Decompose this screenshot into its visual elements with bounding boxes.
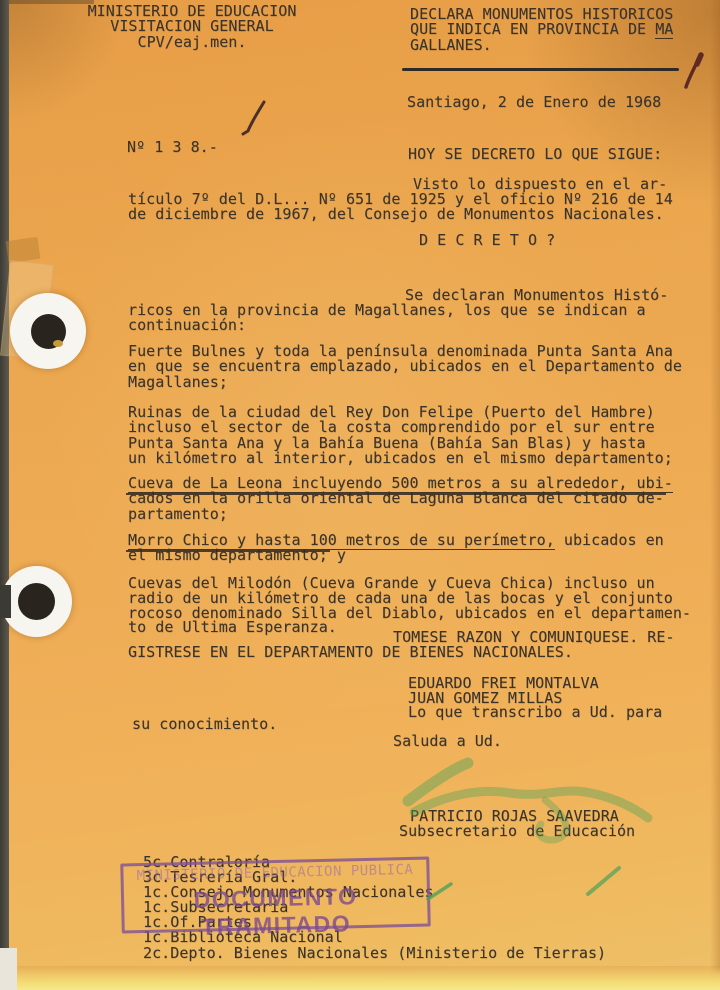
scanned-decree-page: MINISTERIO DE EDUCACION VISITACION GENER… <box>0 0 720 990</box>
cueva-line2-overstruck: cados en la orilla oriental de Laguna Bl… <box>128 489 664 507</box>
paragraph-fuerte-bulnes: Fuerte Bulnes y toda la península denomi… <box>128 344 682 390</box>
announce-line: HOY SE DECRETO LO QUE SIGUE: <box>408 147 662 162</box>
decree-number: Nº 1 3 8.- <box>127 140 218 155</box>
declara-paragraph: ricos en la provincia de Magallanes, los… <box>128 303 646 334</box>
place-date: Santiago, 2 de Enero de 1968 <box>407 95 661 110</box>
paragraph-cuevas-milodon: Cuevas del Milodón (Cueva Grande y Cueva… <box>128 576 691 635</box>
subject-line3: GALLANES. <box>410 36 492 54</box>
saluda-line: Saluda a Ud. <box>393 734 502 749</box>
signatory-title: Subsecretario de Educación <box>399 824 635 839</box>
tomese-second-line: GISTRESE EN EL DEPARTAMENTO DE BIENES NA… <box>128 645 573 660</box>
subject-block: DECLARA MONUMENTOS HISTORICOS QUE INDICA… <box>410 7 673 53</box>
decreto-heading: D E C R E T O ? <box>419 233 555 248</box>
stamp-ministry-line: MINISTERIO DE EDUCACION PUBLICA <box>123 862 426 885</box>
punch-hole-glint <box>53 340 63 347</box>
pen-slash-top-right <box>686 56 700 87</box>
pen-slash-number-mark <box>243 102 264 134</box>
signers-block: EDUARDO FREI MONTALVA JUAN GOMEZ MILLAS … <box>408 676 662 720</box>
paragraph-cueva-la-leona: Cueva de La Leona incluyendo 500 metros … <box>128 476 673 522</box>
subject-divider-rule <box>402 68 679 71</box>
visto-paragraph: tículo 7º del D.L... Nº 651 de 1925 y el… <box>128 192 673 223</box>
signature-scribble-stroke1 <box>408 763 468 801</box>
su-conocimiento-line: su conocimiento. <box>132 717 277 732</box>
page-bottom-edge <box>0 966 720 990</box>
cueva-line3: partamento; <box>128 505 228 523</box>
paragraph-ruinas-rey-don-felipe: Ruinas de la ciudad del Rey Don Felipe (… <box>128 405 673 466</box>
pen-slash-top-right-head <box>697 55 701 64</box>
paragraph-morro-chico: Morro Chico y hasta 100 metros de su per… <box>128 533 664 564</box>
ministry-letterhead: MINISTERIO DE EDUCACION VISITACION GENER… <box>86 4 298 50</box>
morro-line2-rest: y <box>328 546 346 564</box>
scan-left-edge <box>0 0 9 990</box>
scan-top-edge-shade <box>9 0 94 4</box>
bottom-left-corner-patch <box>0 948 17 990</box>
punch-hole-bottom <box>18 583 55 620</box>
morro-line2-overstruck: el mismo departamento; <box>128 546 328 564</box>
subject-line2-continuation: MA <box>655 20 673 39</box>
stamp-tramitado-line: DOCUMENTO TRAMITADO <box>124 882 428 943</box>
morro-line1-rest: ubicados en <box>555 531 664 549</box>
documento-tramitado-stamp: MINISTERIO DE EDUCACION PUBLICA DOCUMENT… <box>120 857 431 934</box>
binder-tab <box>0 585 11 618</box>
scan-right-edge-shade <box>710 0 720 990</box>
